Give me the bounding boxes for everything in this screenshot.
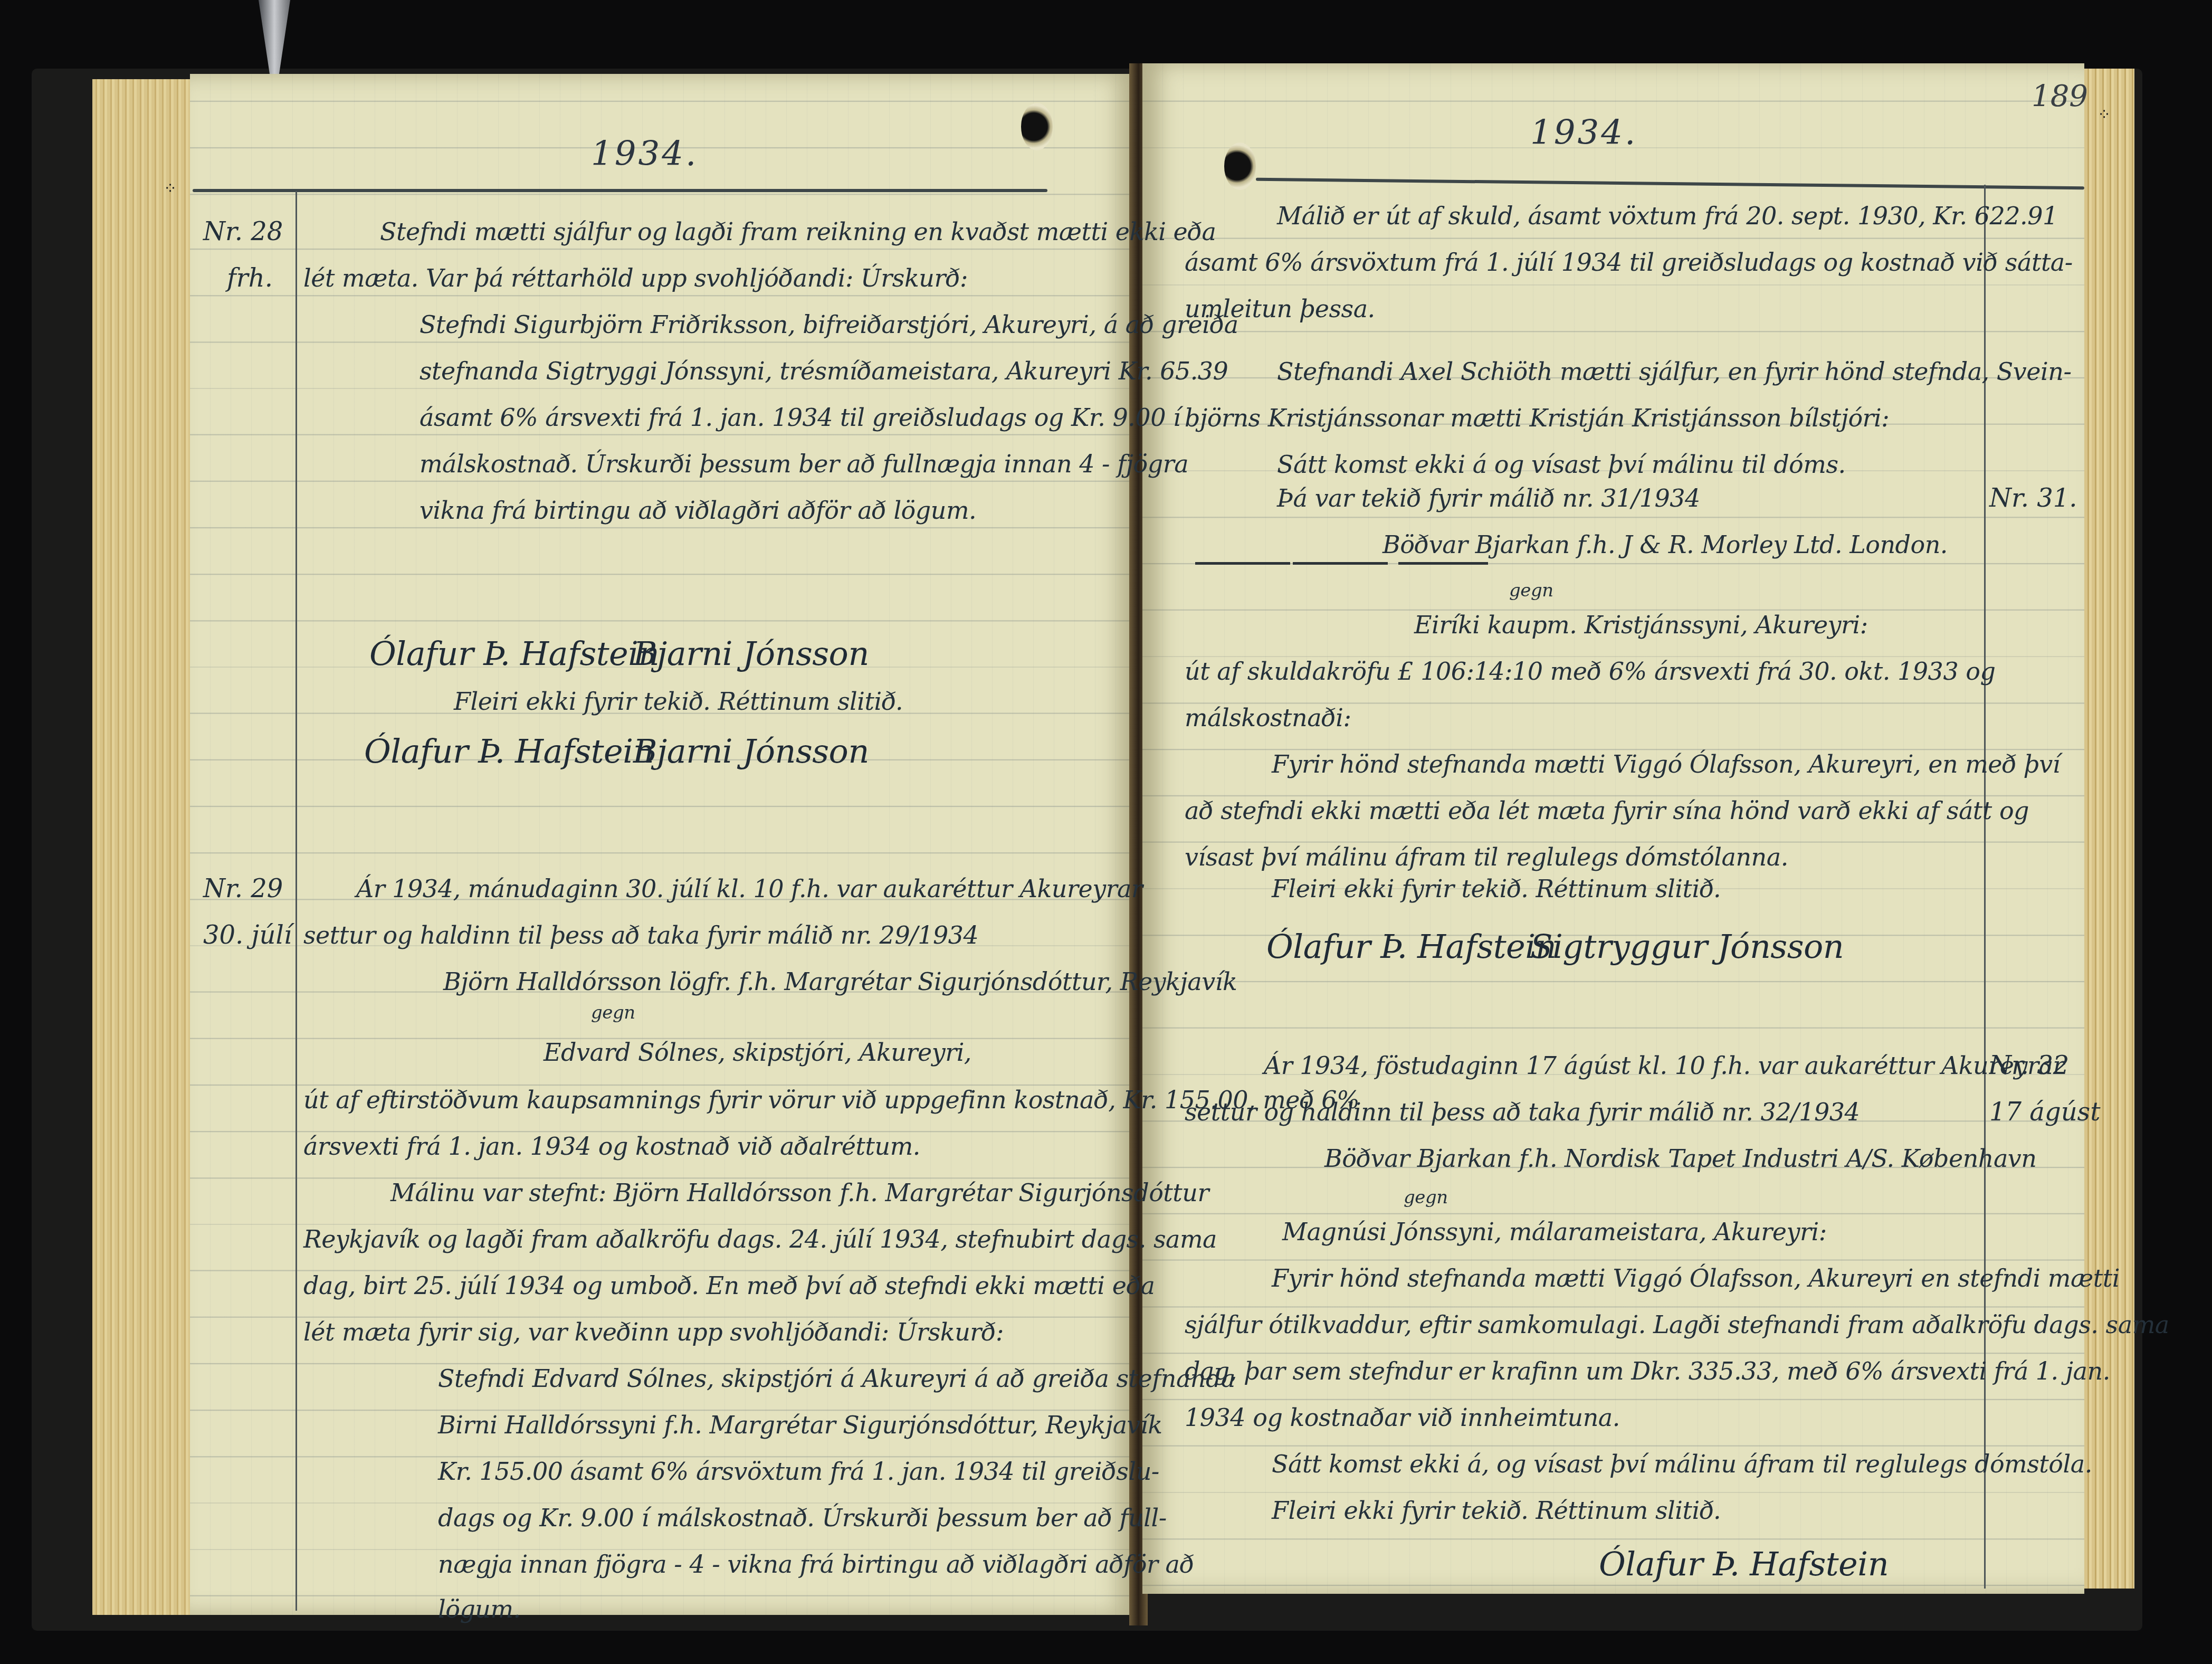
text-line: Magnúsi Jónssyni, málarameistara, Akurey…	[1282, 1209, 1827, 1255]
text-line: Eiríki kaupm. Kristjánssyni, Akureyri:	[1414, 602, 1868, 648]
signature-witness: Bjarni Jónsson	[633, 728, 869, 775]
text-line: Stefndi Edvard Sólnes, skipstjóri á Akur…	[438, 1355, 1235, 1402]
text-line: Ár 1934, föstudaginn 17 ágúst kl. 10 f.h…	[1264, 1042, 2064, 1089]
text-line: ásamt 6% ársvöxtum frá 1. júlí 1934 til …	[1185, 239, 2073, 286]
ink-stain: ⁘	[164, 179, 177, 198]
entry-date: 17 ágúst	[1989, 1089, 2101, 1135]
entry-number: Nr. 29	[203, 866, 283, 912]
binding-hole	[1224, 142, 1256, 190]
text-line: Fyrir hönd stefnanda mætti Viggó Ólafsso…	[1272, 1255, 2120, 1301]
left-page-year-header: 1934.	[591, 135, 698, 174]
text-line: Sátt komst ekki á, og vísast því málinu …	[1272, 1441, 2092, 1487]
entry-number: Nr. 31.	[1989, 475, 2077, 521]
left-page-edges	[92, 79, 193, 1615]
text-line: Fyrir hönd stefnanda mætti Viggó Ólafsso…	[1272, 741, 2060, 787]
text-line: lét mæta fyrir sig, var kveðinn upp svoh…	[303, 1309, 1004, 1355]
text-line: Edvard Sólnes, skipstjóri, Akureyri,	[544, 1029, 971, 1076]
text-line: sjálfur ótilkvaddur, eftir samkomulagi. …	[1185, 1301, 2169, 1348]
text-line: Stefndi mætti sjálfur og lagði fram reik…	[380, 208, 1216, 255]
text-line: dag, þar sem stefndur er krafinn um Dkr.…	[1185, 1348, 2110, 1394]
entry-date: 30. júlí	[203, 912, 292, 958]
signature-judge: Ólafur Þ. Hafstein	[1599, 1541, 1889, 1587]
text-line: björns Kristjánssonar mætti Kristján Kri…	[1185, 395, 1889, 441]
section-divider	[1195, 562, 1290, 565]
section-divider	[1293, 562, 1388, 565]
text-line: ásamt 6% ársvexti frá 1. jan. 1934 til g…	[419, 394, 1180, 441]
text-line: vikna frá birtingu að viðlagðri aðför að…	[419, 487, 976, 534]
text-line: 1934 og kostnaðar við innheimtuna.	[1185, 1394, 1620, 1441]
closing-line: Fleiri ekki fyrir tekið. Réttinum slitið…	[1272, 866, 1721, 912]
text-line: Kr. 155.00 ásamt 6% ársvöxtum frá 1. jan…	[438, 1448, 1159, 1495]
text-line: settur og haldinn til þess að taka fyrir…	[303, 912, 978, 958]
signature-judge: Ólafur Þ. Hafstein	[1266, 924, 1556, 970]
text-line: stefnanda Sigtryggi Jónssyni, trésmíðame…	[419, 348, 1228, 394]
text-line: að stefndi ekki mætti eða lét mæta fyrir…	[1185, 787, 2029, 834]
text-line: lét mæta. Var þá réttarhöld upp svohljóð…	[303, 255, 968, 301]
text-line: dag, birt 25. júlí 1934 og umboð. En með…	[303, 1262, 1155, 1309]
text-line: málskostnað. Úrskurði þessum ber að full…	[419, 441, 1188, 487]
entry-date: frh.	[227, 255, 273, 301]
binding-hole	[1021, 103, 1053, 150]
right-page-year-header: 1934.	[1530, 113, 1637, 153]
text-line: Birni Halldórssyni f.h. Margrétar Sigurj…	[438, 1402, 1162, 1448]
ink-stain: ⁘	[2097, 106, 2111, 124]
signature-judge: Ólafur Þ. Hafstein	[364, 728, 654, 775]
text-line: málskostnaði:	[1185, 695, 1351, 741]
text-line: Stefndi Sigurbjörn Friðriksson, bifreiða…	[419, 301, 1238, 348]
text-line: settur og haldinn til þess að taka fyrir…	[1185, 1089, 1860, 1135]
text-line: Björn Halldórsson lögfr. f.h. Margrétar …	[443, 958, 1237, 1005]
entry-number: Nr. 28	[203, 208, 283, 255]
signature-judge: Ólafur Þ. Hafstein	[369, 631, 659, 677]
text-line: út af skuldakröfu £ 106:14:10 með 6% árs…	[1185, 648, 1995, 695]
text-line: ársvexti frá 1. jan. 1934 og kostnað við…	[303, 1123, 920, 1169]
signature-witness: Bjarni Jónsson	[633, 631, 869, 677]
closing-line: Fleiri ekki fyrir tekið. Réttinum slitið…	[1272, 1487, 1721, 1534]
signature-witness: Sigtryggur Jónsson	[1530, 924, 1844, 970]
left-header-rule	[193, 189, 1047, 192]
text-line: Ár 1934, mánudaginn 30. júlí kl. 10 f.h.…	[356, 866, 1143, 912]
text-line: Reykjavík og lagði fram aðalkröfu dags. …	[303, 1216, 1217, 1262]
text-line: Málinu var stefnt: Björn Halldórsson f.h…	[390, 1169, 1209, 1216]
page-number: 189	[2032, 79, 2088, 113]
text-line: umleitun þessa.	[1185, 286, 1375, 332]
text-line: nægja innan fjögra - 4 - vikna frá birti…	[438, 1541, 1194, 1587]
closing-line: Fleiri ekki fyrir tekið. Réttinum slitið…	[454, 678, 903, 725]
text-line: lögum.	[438, 1586, 521, 1632]
text-line: dags og Kr. 9.00 í málskostnað. Úrskurði…	[438, 1495, 1167, 1541]
text-line: Stefnandi Axel Schiöth mætti sjálfur, en…	[1277, 348, 2071, 395]
text-line: Þá var tekið fyrir málið nr. 31/1934	[1277, 475, 1700, 521]
text-line: Málið er út af skuld, ásamt vöxtum frá 2…	[1277, 193, 2058, 239]
left-margin-divider	[295, 191, 297, 1611]
text-line: Böðvar Bjarkan f.h. J & R. Morley Ltd. L…	[1382, 521, 1948, 568]
